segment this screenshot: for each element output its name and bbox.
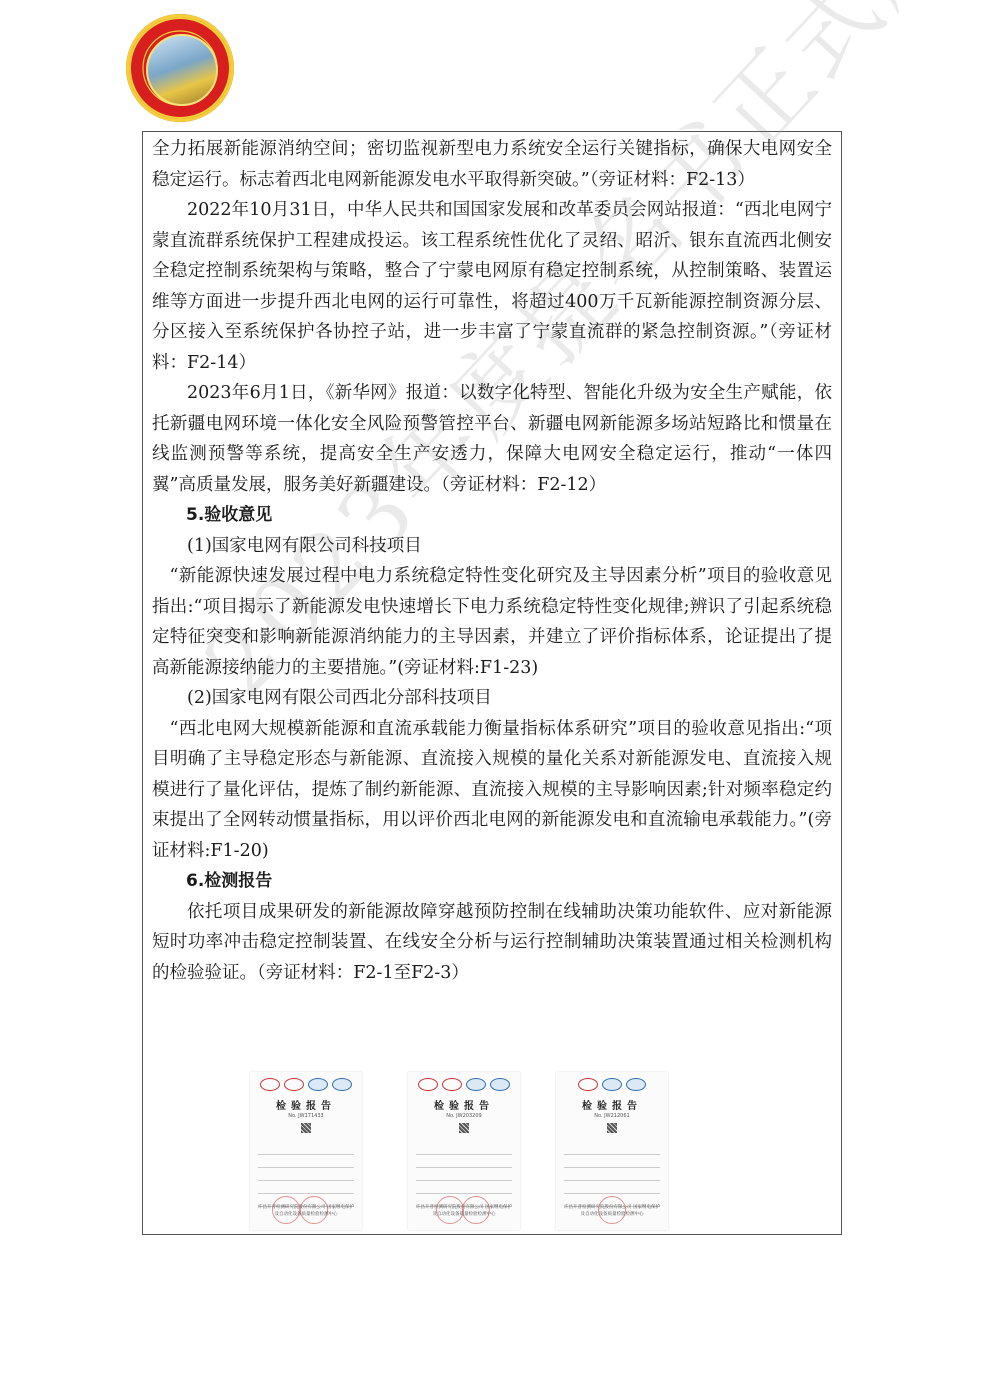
emblem-logo bbox=[126, 14, 234, 122]
cnas-logo-icon bbox=[332, 1078, 352, 1091]
qr-code-icon bbox=[607, 1123, 617, 1133]
section-heading-acceptance: 5.验收意见 bbox=[152, 500, 832, 531]
logo-emblem-image bbox=[146, 34, 218, 106]
paragraph-ndrc-report: 2022年10月31日，中华人民共和国国家发展和改革委员会网站报道：“西北电网宁… bbox=[152, 195, 832, 378]
cert-title: 检验报告 bbox=[250, 1097, 362, 1112]
cert-number: No. JW212061 bbox=[556, 1113, 668, 1119]
certificate-1: 检验报告 No. JW171433 许昌开普检测研究院股份有限公司 国家继电保护… bbox=[250, 1072, 362, 1230]
certificate-3: 检验报告 No. JW212061 许昌开普检测研究院股份有限公司 国家继电保护… bbox=[556, 1072, 668, 1230]
cert-issuer: 许昌开普检测研究院股份有限公司 国家继电保护及自动化设备质量检验检测中心 bbox=[562, 1204, 662, 1218]
paragraph-acceptance-2: “西北电网大规模新能源和直流承载能力衡量指标体系研究”项目的验收意见指出:“项目… bbox=[152, 714, 832, 867]
cnas-logo-icon bbox=[490, 1078, 510, 1091]
certificate-images: 检验报告 No. JW171433 许昌开普检测研究院股份有限公司 国家继电保护… bbox=[250, 1072, 680, 1232]
cert-issuer: 许昌开普检测研究院股份有限公司 国家继电保护及自动化设备质量检验检测中心 bbox=[256, 1204, 356, 1218]
section-heading-test-report: 6.检测报告 bbox=[152, 866, 832, 897]
qr-code-icon bbox=[459, 1123, 469, 1133]
cert-logos bbox=[408, 1078, 520, 1091]
cert-number: No. JW203209 bbox=[408, 1113, 520, 1119]
ilac-logo-icon bbox=[602, 1078, 622, 1091]
cal-logo-icon bbox=[442, 1078, 462, 1091]
ilac-logo-icon bbox=[308, 1078, 328, 1091]
subheading-northwest-project: (2)国家电网有限公司西北分部科技项目 bbox=[152, 683, 832, 714]
paragraph-test-report: 依托项目成果研发的新能源故障穿越预防控制在线辅助决策功能软件、应对新能源短时功率… bbox=[152, 897, 832, 989]
document-body: 全力拓展新能源消纳空间；密切监视新型电力系统安全运行关键指标，确保大电网安全稳定… bbox=[152, 134, 832, 988]
paragraph-acceptance-1: “新能源快速发展过程中电力系统稳定特性变化研究及主导因素分析”项目的验收意见指出… bbox=[152, 561, 832, 683]
cnas-logo-icon bbox=[626, 1078, 646, 1091]
cma-logo-icon bbox=[578, 1078, 598, 1091]
cma-logo-icon bbox=[418, 1078, 438, 1091]
cert-title: 检验报告 bbox=[408, 1097, 520, 1112]
paragraph-xinhua-report: 2023年6月1日，《新华网》报道：以数字化特型、智能化升级为安全生产赋能，依托… bbox=[152, 378, 832, 500]
cert-logos bbox=[250, 1078, 362, 1091]
subheading-sgcc-project: (1)国家电网有限公司科技项目 bbox=[152, 531, 832, 562]
cert-title: 检验报告 bbox=[556, 1097, 668, 1112]
cma-logo-icon bbox=[260, 1078, 280, 1091]
paragraph-continuation: 全力拓展新能源消纳空间；密切监视新型电力系统安全运行关键指标，确保大电网安全稳定… bbox=[152, 134, 832, 195]
certificate-2: 检验报告 No. JW203209 许昌开普检测研究院股份有限公司 国家继电保护… bbox=[408, 1072, 520, 1230]
ilac-logo-icon bbox=[466, 1078, 486, 1091]
cert-logos bbox=[556, 1078, 668, 1091]
qr-code-icon bbox=[301, 1123, 311, 1133]
cert-number: No. JW171433 bbox=[250, 1113, 362, 1119]
cert-issuer: 许昌开普检测研究院股份有限公司 国家继电保护及自动化设备质量检验检测中心 bbox=[414, 1204, 514, 1218]
cal-logo-icon bbox=[284, 1078, 304, 1091]
